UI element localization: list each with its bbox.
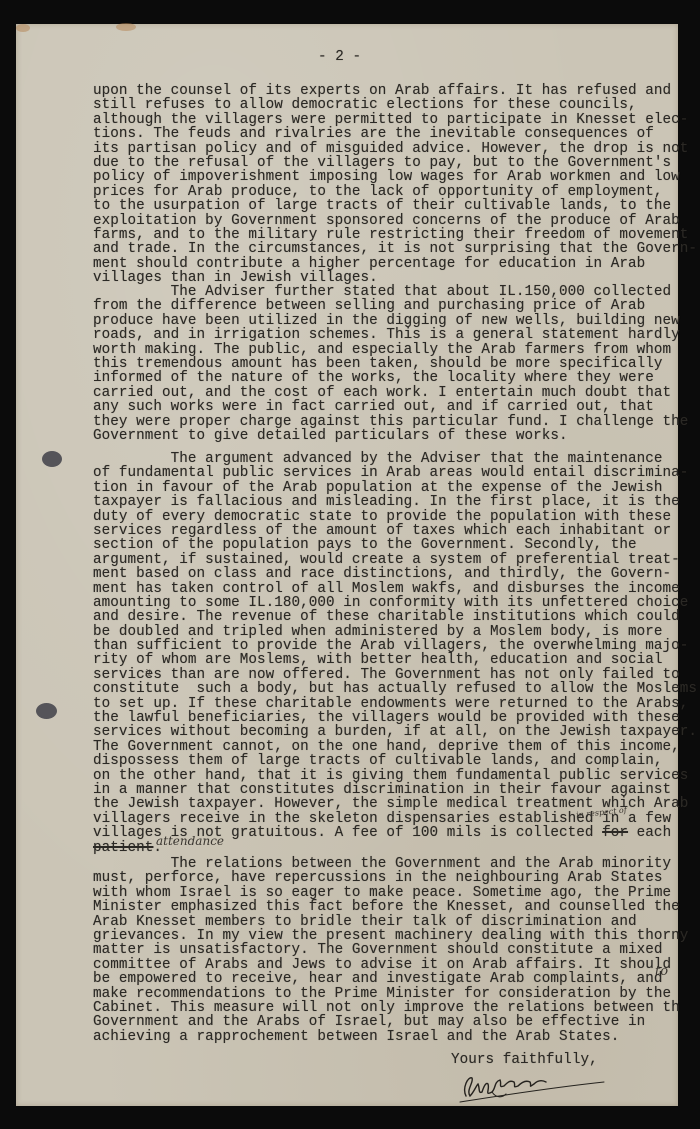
paper-stain (16, 24, 30, 32)
struck-word: for (602, 825, 628, 841)
text-line: produce have been utilized in the diggin… (93, 314, 688, 328)
paragraph-3: The argument advanced by the Adviser tha… (93, 452, 697, 855)
text-line: from the difference between selling and … (93, 299, 688, 313)
text-line: be empowered to receive, hear and invest… (93, 972, 688, 986)
page-number: - 2 - (318, 50, 361, 64)
punch-hole-mark (36, 703, 57, 719)
text-line: any such works were in fact carried out,… (93, 400, 688, 414)
paragraph-4: The relations between the Government and… (93, 857, 688, 1044)
text-line: be doubled and tripled when administered… (93, 625, 697, 639)
closing-salutation: Yours faithfully, (451, 1053, 598, 1067)
text-line: on the other hand, that it is giving the… (93, 769, 697, 783)
struck-word: patient (93, 840, 153, 856)
text-line: of fundamental public services in Arab a… (93, 466, 697, 480)
paragraph-2: The Adviser further stated that about IL… (93, 285, 688, 443)
text-line: Arab Knesset members to bridle their tal… (93, 915, 688, 929)
text-line: although the villagers were permitted to… (93, 113, 697, 127)
text-line: still refuses to allow democratic electi… (93, 98, 697, 112)
text-line: achieving a rapprochement between Israel… (93, 1030, 688, 1044)
text-line: make recommendations to the Prime Minist… (93, 987, 688, 1001)
text-line: Minister emphasized this fact before the… (93, 900, 688, 914)
text-line: must, perforce, have repercussions in th… (93, 871, 688, 885)
text-line: worth making. The public, and especially… (93, 343, 688, 357)
handwritten-attendance: attendance (156, 834, 224, 848)
text-line: tion in favour of the Arab population at… (93, 481, 697, 495)
text-line: policy of impoverishment imposing low wa… (93, 170, 697, 184)
text-line: Government to give detailed particulars … (93, 429, 688, 443)
text-line: section of the population pays to the Go… (93, 538, 697, 552)
signature-scrawl (458, 1068, 608, 1108)
text-line: and desire. The revenue of these charita… (93, 610, 697, 624)
signature (458, 1068, 608, 1108)
text-line: carried out, and the cost of each work. … (93, 386, 688, 400)
text-line: taxpayer is fallacious and misleading. I… (93, 495, 697, 509)
text-line: constitute such a body, but has actually… (93, 682, 697, 696)
text-line: duty of every democratic state to provid… (93, 510, 697, 524)
text-line: rity of whom are Moslems, with better he… (93, 653, 697, 667)
text-line: ment based on class and race distinction… (93, 567, 697, 581)
text-line: to set up. If these charitable endowment… (93, 697, 697, 711)
text-line: services without becoming a burden, if a… (93, 725, 697, 739)
text-line: prices for Arab produce, to the lack of … (93, 185, 697, 199)
text-line: ment should contribute a higher percenta… (93, 257, 697, 271)
text-line: to the usurpation of large tracts of the… (93, 199, 697, 213)
punch-hole-mark (42, 451, 62, 467)
text-line: and trade. In the circumstances, it is n… (93, 242, 697, 256)
handwritten-to: to (655, 964, 668, 979)
paragraph-1: upon the counsel of its experts on Arab … (93, 84, 697, 285)
text-line: argument, if sustained, would create a s… (93, 553, 697, 567)
handwritten-insert-it: it (145, 669, 152, 679)
text-line: informed of the nature of the works, the… (93, 371, 688, 385)
text-line: with whom Israel is so eager to make pea… (93, 886, 688, 900)
text-line: tions. The feuds and rivalries are the i… (93, 127, 697, 141)
text-line: committee of Arabs and Jews to advise it… (93, 958, 688, 972)
text-line: its partisan policy and of misguided adv… (93, 142, 697, 156)
text-line: dispossess them of large tracts of culti… (93, 754, 697, 768)
text-line: Government and the Arabs of Israel, but … (93, 1015, 688, 1029)
text-line: exploitation by Government sponsored con… (93, 214, 697, 228)
text-line: ment has taken control of all Moslem wak… (93, 582, 697, 596)
text-line: matter is unsatisfactory. The Government… (93, 943, 688, 957)
text-line: roads, and in irrigation schemes. This i… (93, 328, 688, 342)
text-line: they were proper charge against this par… (93, 415, 688, 429)
paper-stain (116, 23, 136, 31)
